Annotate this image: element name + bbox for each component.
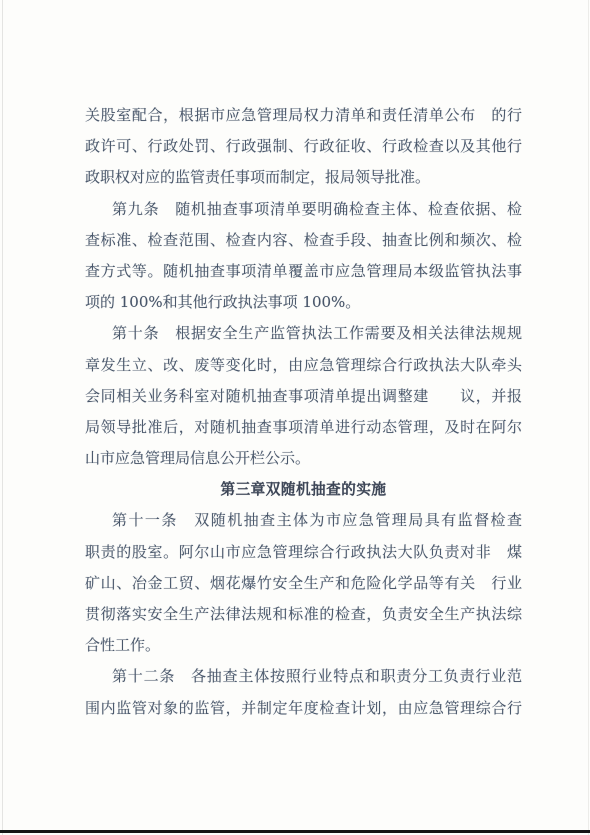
text-line: 局领导批准后，对随机抽查事项清单进行动态管理，及时在阿尔 bbox=[85, 412, 522, 443]
article-start-line: 第十二条 各抽查主体按照行业特点和职责分工负责行业范 bbox=[85, 661, 522, 692]
text-line: 政许可、行政处罚、行政强制、行政征收、行政检查以及其他行 bbox=[85, 131, 522, 162]
article-start-line: 第九条 随机抽查事项清单要明确检查主体、检查依据、检 bbox=[85, 194, 522, 225]
text-line: 山市应急管理局信息公开栏公示。 bbox=[85, 443, 522, 474]
text-line: 政职权对应的监管责任事项而制定，报局领导批准。 bbox=[85, 162, 522, 193]
text-line: 围内监管对象的监管，并制定年度检查计划，由应急管理综合行 bbox=[85, 693, 522, 724]
text-line: 会同相关业务科室对随机抽查事项清单提出调整建 议，并报 bbox=[85, 381, 522, 412]
article-start-line: 第十条 根据安全生产监管执法工作需要及相关法律法规规 bbox=[85, 318, 522, 349]
text-line: 查标准、检查范围、检查内容、检查手段、抽查比例和频次、检 bbox=[85, 225, 522, 256]
text-line: 项的 100%和其他行政执法事项 100%。 bbox=[85, 287, 522, 318]
chapter-heading: 第三章双随机抽查的实施 bbox=[85, 474, 522, 505]
text-line: 贯彻落实安全生产法律法规和标准的检查，负责安全生产执法综 bbox=[85, 599, 522, 630]
text-line: 关股室配合，根据市应急管理局权力清单和责任清单公布 的行 bbox=[85, 100, 522, 131]
text-line: 章发生立、改、废等变化时，由应急管理综合行政执法大队牵头 bbox=[85, 350, 522, 381]
scan-bottom-edge-line bbox=[0, 830, 590, 833]
text-line: 合性工作。 bbox=[85, 630, 522, 661]
text-line: 职责的股室。阿尔山市应急管理综合行政执法大队负责对非 煤 bbox=[85, 537, 522, 568]
article-start-line: 第十一条 双随机抽查主体为市应急管理局具有监督检查 bbox=[85, 505, 522, 536]
text-line: 矿山、冶金工贸、烟花爆竹安全生产和危险化学品等有关 行业 bbox=[85, 568, 522, 599]
document-text-block: 关股室配合，根据市应急管理局权力清单和责任清单公布 的行 政许可、行政处罚、行政… bbox=[85, 100, 522, 724]
text-line: 查方式等。随机抽查事项清单覆盖市应急管理局本级监管执法事 bbox=[85, 256, 522, 287]
scanned-document-page: 关股室配合，根据市应急管理局权力清单和责任清单公布 的行 政许可、行政处罚、行政… bbox=[0, 0, 590, 835]
scan-left-edge-line bbox=[2, 0, 3, 835]
scan-right-edge-line bbox=[588, 0, 589, 835]
